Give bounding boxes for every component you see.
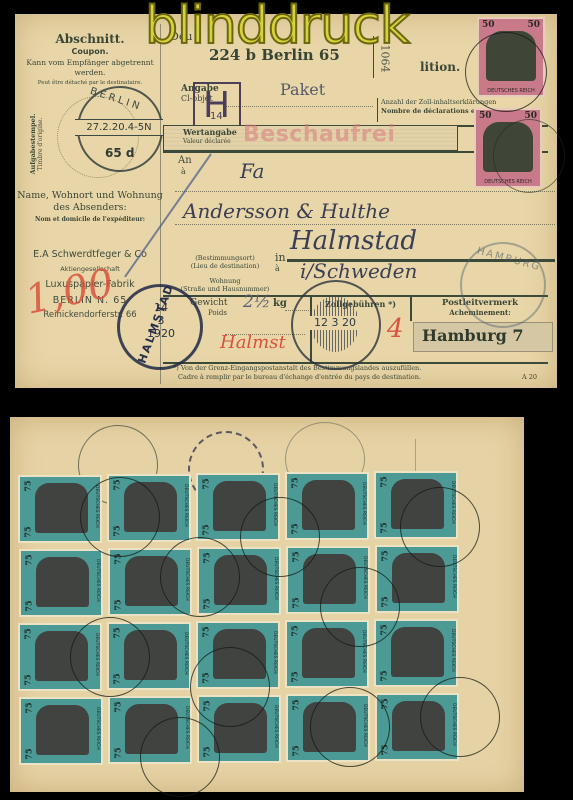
- wertangabe-label: Wertangabe Valeur déclarée: [183, 128, 237, 146]
- postmark-top: BERLIN: [89, 86, 144, 113]
- weight-value: 2½: [243, 292, 270, 312]
- halmstad-postmark: HALMSTAD 14 3 1920: [117, 284, 203, 370]
- recipient-dotline1: [175, 191, 555, 192]
- stamp-cancel: [160, 537, 240, 617]
- coupon-title: Abschnitt.: [15, 32, 165, 46]
- stamp-75pf: 7575DEUTSCHES REICH: [19, 697, 103, 765]
- berlin-postmark: BERLIN 27.2.20.4-5N 65 d: [77, 86, 163, 172]
- recipient-line2: Andersson & Hulthe: [183, 199, 390, 223]
- weight-unit: kg: [273, 298, 287, 309]
- red-mark-right: 4: [387, 314, 404, 344]
- footnote-fr: Cadre à remplir par le bureau d'échange …: [178, 373, 421, 381]
- origin-stamp-label: Aufgabestempel. Timbre d'origine.: [29, 109, 45, 179]
- stamp-cancel-top: [465, 32, 547, 112]
- stamp-cancel-bottom: [493, 119, 565, 193]
- halmstad-postmark-date: 14 3 1920: [146, 301, 176, 340]
- hamburg-postmark: 12 3 20: [291, 280, 381, 370]
- stamp-cancel: [320, 567, 400, 647]
- angabe-dotline: [223, 106, 373, 107]
- h-box-number: 14: [210, 111, 223, 122]
- stamp-cancel: [400, 487, 480, 567]
- stamp-cancel: [140, 717, 220, 797]
- coupon-note-fr: Peut être détaché par le destinataire.: [15, 80, 165, 86]
- stamp-75pf: 7575DEUTSCHES REICH: [19, 549, 103, 617]
- red-signature: Halmst: [220, 332, 286, 353]
- sender-label-fr: Nom et domicile de l'expéditeur:: [15, 216, 165, 223]
- recipient-dotline2: [175, 224, 555, 225]
- stamp-cancel: [240, 497, 320, 577]
- postmark-bottom: 65 d: [105, 146, 134, 160]
- stamp-cancel: [70, 617, 150, 697]
- parcel-card-back: 7575DEUTSCHES REICH7575DEUTSCHES REICH75…: [10, 417, 524, 792]
- hamburg-postmark-faint-text: HAMBURG: [476, 246, 542, 274]
- recipient-line1: Fa: [240, 159, 264, 183]
- coupon-note-de: Kann vom Empfänger abgetrennt werden.: [15, 58, 165, 78]
- in-label: in à: [275, 252, 286, 274]
- stamp-cancel: [310, 687, 390, 767]
- hamburg-postmark-date: 12 3 20: [299, 316, 371, 330]
- customs-divider: [377, 98, 378, 122]
- stamp-cancel: [420, 677, 500, 757]
- watermark: blinddruck: [145, 0, 409, 56]
- to-label: An à: [178, 155, 192, 177]
- angabe-value: Paket: [280, 80, 325, 99]
- footnote-de: *) Von der Grenz-Eingangspostanstalt des…: [173, 364, 421, 372]
- red-stamp-beschaufrei: Beschaufrei: [243, 122, 395, 147]
- form-word-partial: lition.: [420, 60, 460, 74]
- coupon-subtitle: Coupon.: [15, 47, 165, 56]
- sender-label-de: Name, Wohnort und Wohnung des Absenders:: [15, 190, 165, 214]
- stamp-cancel: [190, 647, 270, 727]
- destination-city: Halmstad: [290, 226, 417, 256]
- parcel-card-front: Abschnitt. Coupon. Kann vom Empfänger ab…: [15, 14, 557, 388]
- stamp-cancel: [80, 477, 160, 557]
- form-code: A 20: [522, 373, 537, 381]
- destination-country: i/Schweden: [300, 259, 417, 283]
- fees-divider-right: [410, 297, 412, 321]
- destination-label: (Bestimmungsort) (Lieu de destination): [175, 254, 275, 270]
- postmark-date: 27.2.20.4-5N: [75, 119, 163, 136]
- address-label: Wohnung (Straße und Hausnummer): [175, 277, 275, 293]
- hamburg-postmark-faint: HAMBURG: [460, 242, 546, 328]
- routing-value: Hamburg 7: [422, 326, 524, 345]
